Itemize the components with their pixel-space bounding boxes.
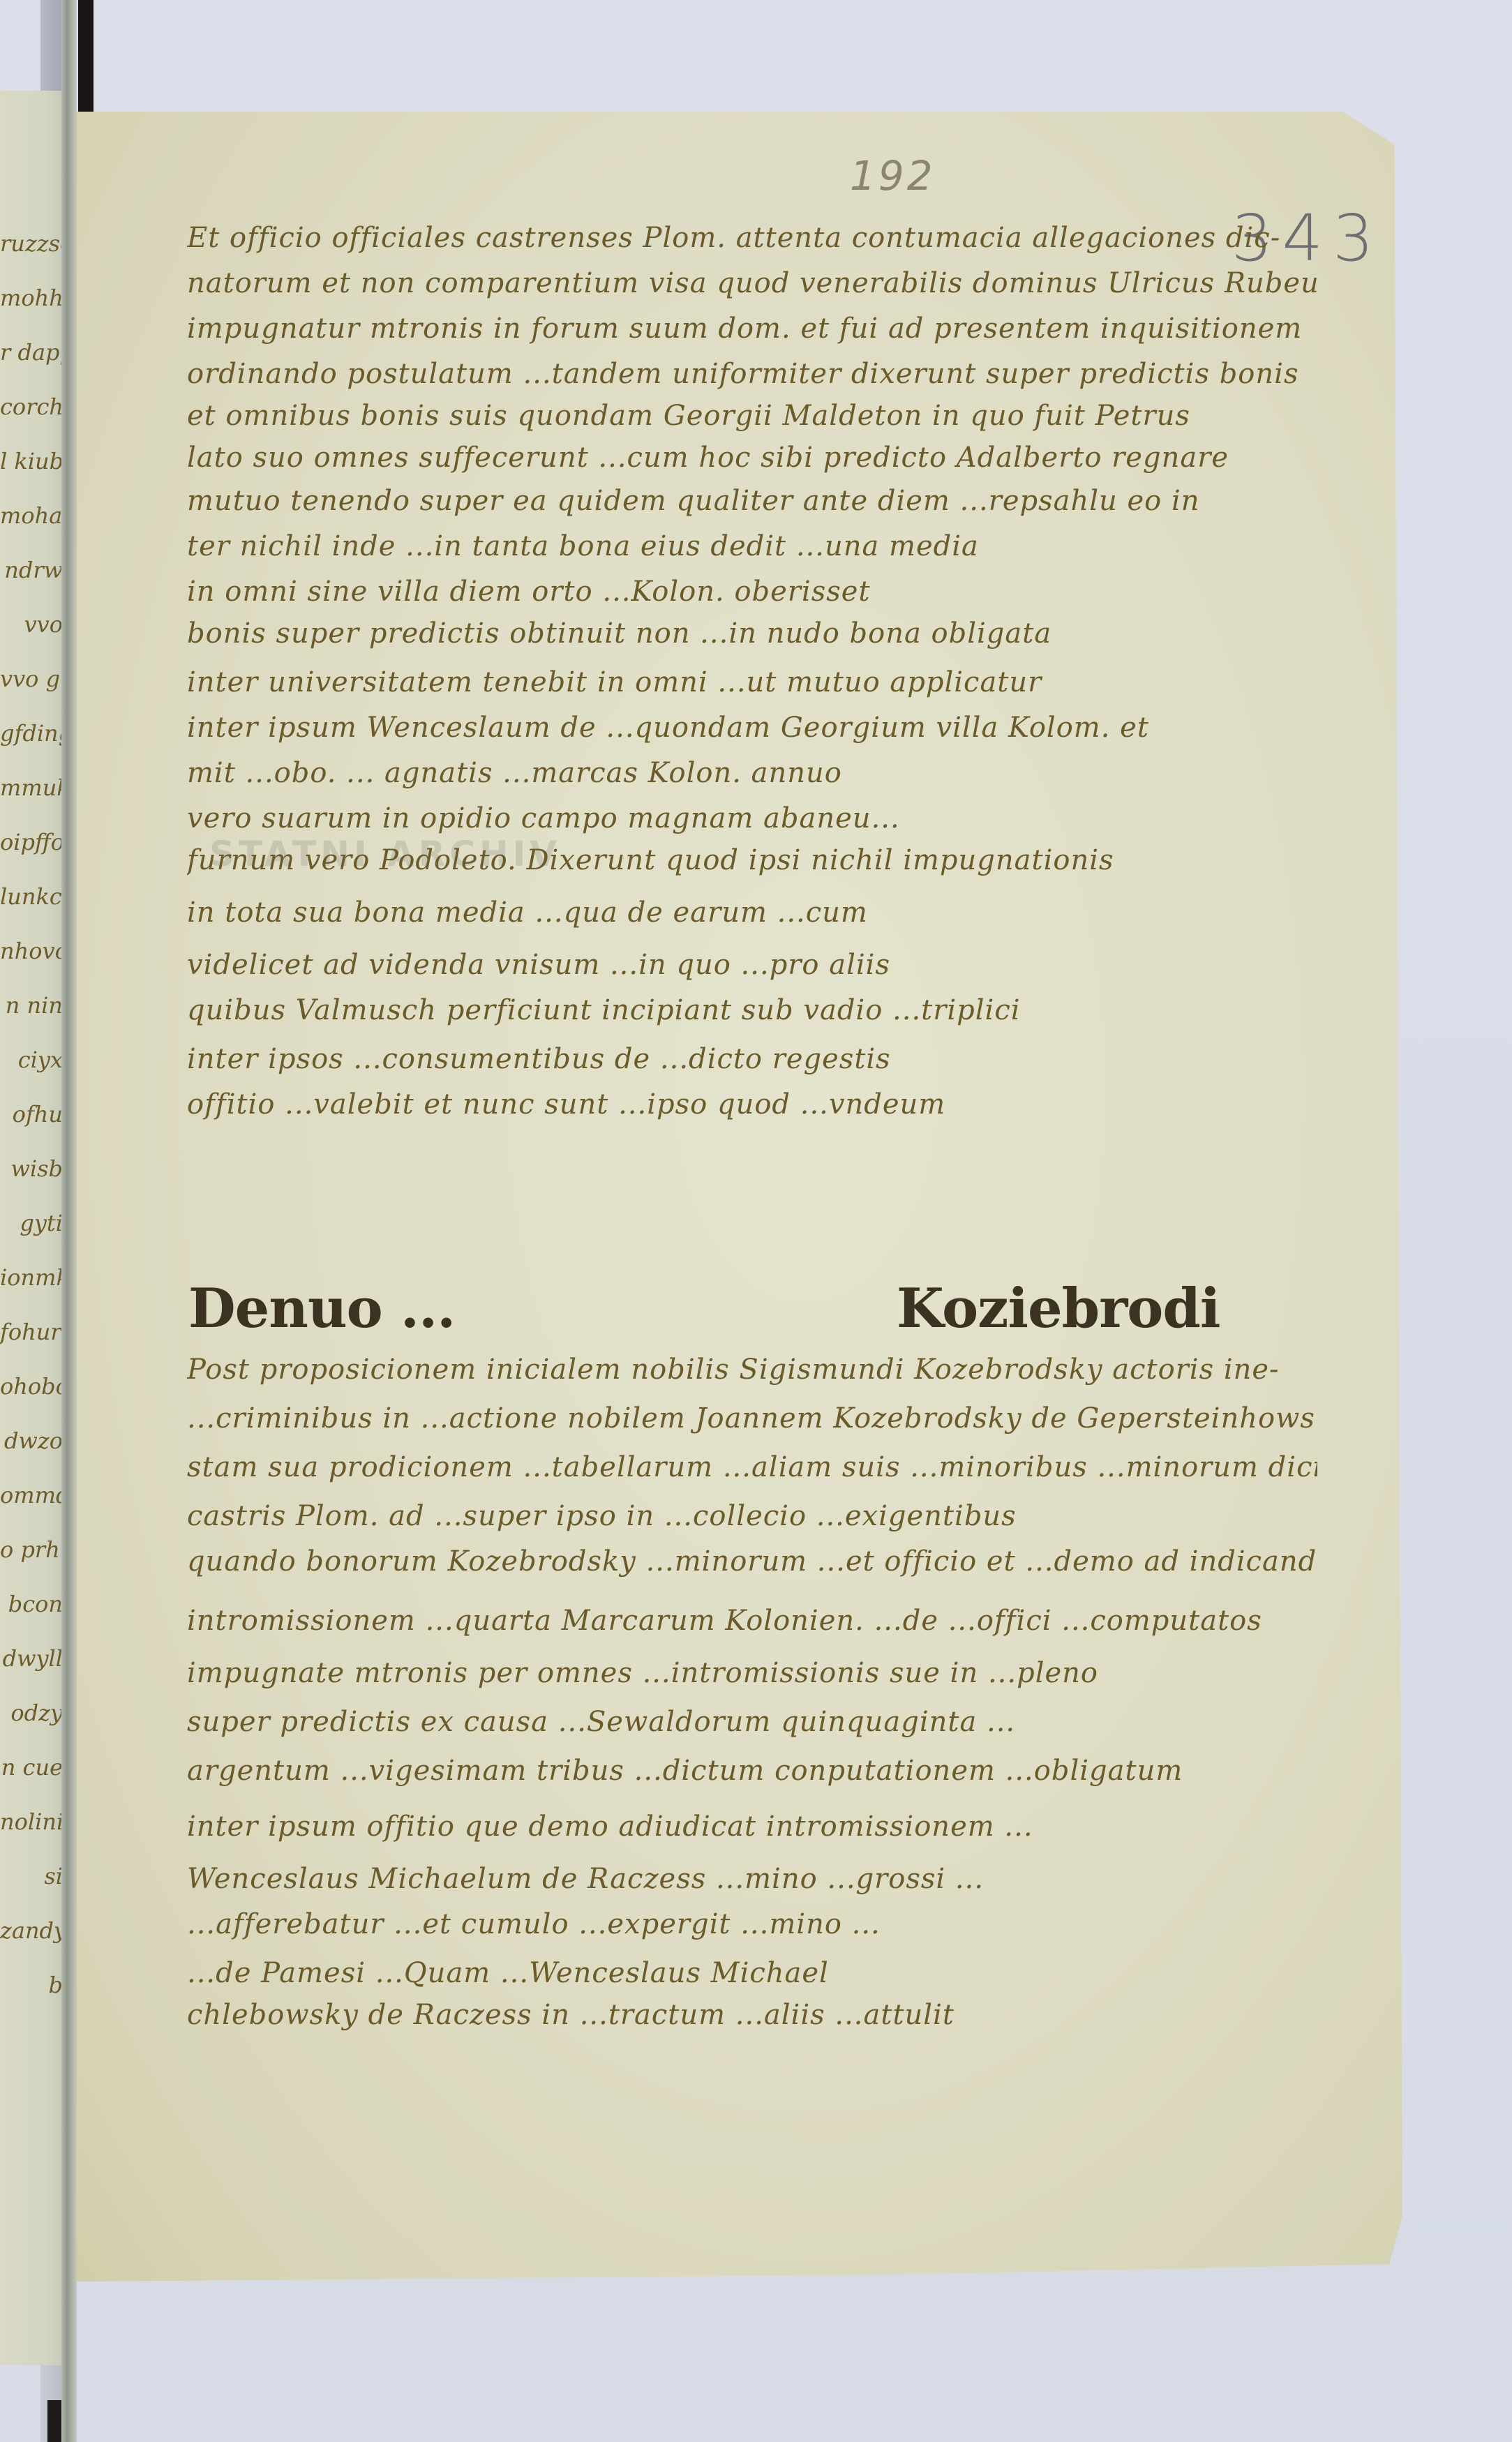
text-line: et omnibus bonis suis quondam Georgii Ma…	[187, 400, 1317, 432]
margin-note: wisb	[0, 1155, 63, 1182]
text-line: Et officio officiales castrenses Plom. a…	[187, 222, 1317, 254]
text-line: ter nichil inde ...in tanta bona eius de…	[187, 530, 1317, 562]
text-line: Post proposicionem inicialem nobilis Sig…	[187, 1354, 1317, 1386]
margin-note: o prhut	[0, 1536, 63, 1563]
text-line: argentum ...vigesimam tribus ...dictum c…	[187, 1755, 1317, 1787]
text-line: inter ipsum offitio que demo adiudicat i…	[187, 1811, 1317, 1843]
margin-note: ciyx	[0, 1047, 63, 1073]
text-line: ordinando postulatum ...tandem uniformit…	[187, 358, 1317, 390]
margin-note: dwzo	[0, 1428, 63, 1454]
margin-note: si	[0, 1863, 63, 1889]
margin-note: lunkcsi	[0, 883, 63, 910]
margin-note: vvo	[0, 611, 63, 638]
margin-note: mohhi	[0, 285, 63, 311]
text-line: impugnatur mtronis in forum suum dom. et…	[187, 313, 1317, 345]
margin-note: ruzzsche	[0, 230, 63, 257]
black-strip	[78, 0, 93, 120]
heading-left: Denuo ...	[188, 1277, 455, 1340]
text-line: Wenceslaus Michaelum de Raczess ...mino …	[187, 1863, 1317, 1895]
margin-note: n cue	[0, 1754, 63, 1781]
margin-note: bcon	[0, 1591, 63, 1617]
margin-note: oipffo	[0, 829, 63, 855]
margin-note: ionmki	[0, 1264, 63, 1291]
margin-note: nolini	[0, 1808, 63, 1835]
margin-note: ofhu	[0, 1101, 63, 1128]
margin-note: r dappe	[0, 339, 63, 366]
text-line: natorum et non comparentium visa quod ve…	[187, 267, 1317, 299]
text-line: lato suo omnes suffecerunt ...cum hoc si…	[187, 442, 1317, 474]
book-spine	[61, 0, 77, 2442]
text-line: in tota sua bona media ...qua de earum .…	[187, 897, 1317, 929]
margin-note: ommd	[0, 1482, 63, 1508]
facing-page-left: ruzzschemohhir dappecorchul kiubmohahndr…	[0, 91, 64, 2365]
text-line: ...afferebatur ...et cumulo ...expergit …	[187, 1908, 1317, 1940]
margin-note: corchu	[0, 394, 63, 420]
margin-note: vvo grych	[0, 666, 63, 692]
text-line: offitio ...valebit et nunc sunt ...ipso …	[187, 1088, 1317, 1121]
manuscript-page	[77, 112, 1402, 2282]
margin-note: zandyfi	[0, 1917, 63, 1944]
text-line: in omni sine villa diem orto ...Kolon. o…	[187, 576, 1317, 608]
text-line: quando bonorum Kozebrodsky ...minorum ..…	[187, 1545, 1317, 1578]
text-line: ...criminibus in ...actione nobilem Joan…	[187, 1402, 1317, 1435]
text-line: ...de Pamesi ...Quam ...Wenceslaus Micha…	[187, 1957, 1317, 1989]
folio-number-pencil: 192	[850, 152, 936, 200]
margin-note: gfdingl	[0, 720, 63, 747]
text-line: chlebowsky de Raczess in ...tractum ...a…	[187, 1999, 1317, 2031]
margin-note: ohobo	[0, 1373, 63, 1400]
text-line: mit ...obo. ... agnatis ...marcas Kolon.…	[187, 757, 1317, 789]
text-line: videlicet ad videnda vnisum ...in quo ..…	[187, 949, 1317, 981]
margin-note: ndrw	[0, 557, 63, 583]
text-line: castris Plom. ad ...super ipso in ...col…	[187, 1500, 1317, 1532]
text-line: vero suarum in opidio campo magnam abane…	[187, 802, 1317, 834]
margin-note: mmuk	[0, 774, 63, 801]
text-line: super predictis ex causa ...Sewaldorum q…	[187, 1706, 1317, 1738]
margin-note: b	[0, 1972, 63, 1998]
margin-note: l kiub	[0, 448, 63, 474]
margin-note: nhovo	[0, 938, 63, 964]
text-line: inter ipsum Wenceslaum de ...quondam Geo…	[187, 712, 1317, 744]
margin-note: dwyll	[0, 1645, 63, 1672]
text-line: inter universitatem tenebit in omni ...u…	[187, 666, 1317, 698]
text-line: stam sua prodicionem ...tabellarum ...al…	[187, 1451, 1317, 1483]
text-line: bonis super predictis obtinuit non ...in…	[187, 617, 1317, 650]
margin-note: gyti	[0, 1210, 63, 1236]
text-line: quibus Valmusch perficiunt incipiant sub…	[187, 994, 1317, 1026]
text-line: mutuo tenendo super ea quidem qualiter a…	[187, 485, 1317, 517]
text-line: furnum vero Podoleto. Dixerunt quod ipsi…	[187, 844, 1317, 876]
margin-note: odzy	[0, 1700, 63, 1726]
heading-right: Koziebrodi	[897, 1277, 1220, 1340]
margin-note: mohah	[0, 502, 63, 529]
text-line: impugnate mtronis per omnes ...intromiss…	[187, 1657, 1317, 1689]
margin-note: fohurb	[0, 1319, 63, 1345]
margin-note: n nin	[0, 992, 63, 1019]
text-line: intromissionem ...quarta Marcarum Koloni…	[187, 1605, 1317, 1637]
text-line: inter ipsos ...consumentibus de ...dicto…	[187, 1043, 1317, 1075]
